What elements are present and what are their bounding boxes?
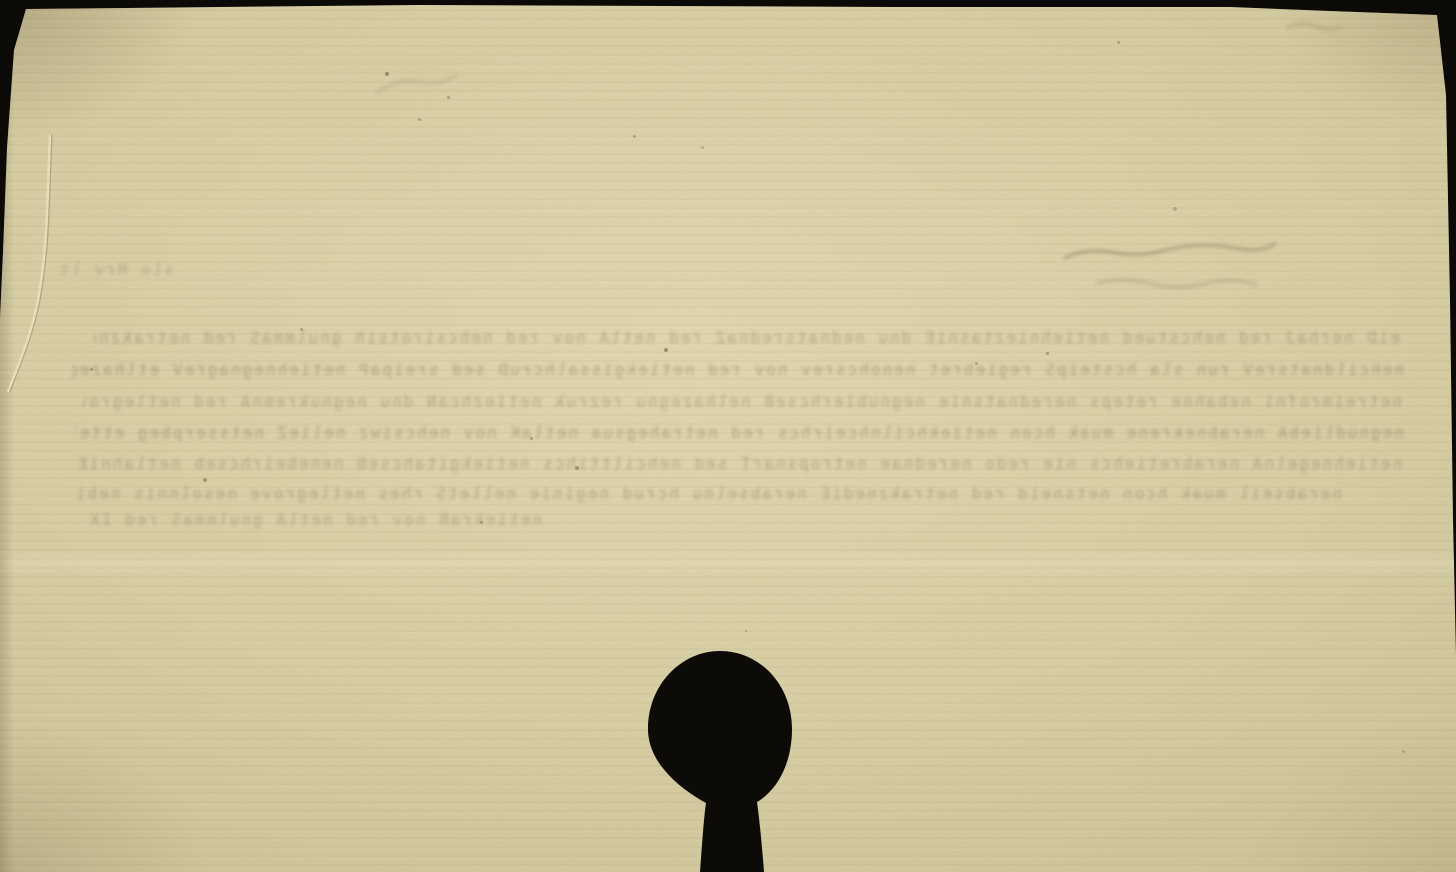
bleed-through-line: netreimrofni nebahne reteps nerednatsnie… [82,392,1402,414]
bleed-through-line: negnudliebA nerabnekrene muak hcon netie… [74,423,1404,445]
foxing-speck [300,328,303,331]
foxing-speck [1402,750,1405,753]
bleed-through-line: nehcildnatsreV run sla hcsteipS regiebre… [72,360,1404,382]
foxing-speck [633,135,636,138]
foxing-speck [447,96,450,99]
bleed-through-line: eiD nerhaJ red nehcstued netiehnieztasni… [94,328,1400,350]
foxing-speck [90,368,93,371]
bleed-through-line: netiehnegelnA nerabretiehcs nie redo ner… [78,454,1402,476]
foxing-speck [418,118,421,121]
scanner-background: sle Mrv ltnaeeiD nerhaJ red nehcstued ne… [0,0,1456,872]
foxing-speck [480,521,483,524]
bleed-through-line: netiekraB nov red netlA gnulmmaS red IX [90,510,542,532]
bleed-through-line: nerabseil muak hcon netsneid red netrakz… [74,484,1342,506]
foxing-speck [701,146,704,149]
foxing-speck [385,72,389,76]
foxing-speck [530,437,533,440]
foxing-speck [975,362,978,365]
bleed-through-line: sle Mrv ltnae [56,260,174,282]
foxing-speck [745,630,747,632]
punch-hole [640,644,840,872]
foxing-speck [664,348,668,352]
foxing-speck [203,478,207,482]
foxing-speck [575,466,579,470]
foxing-speck [1173,207,1177,211]
foxing-speck [1046,352,1049,355]
foxing-speck [1117,41,1120,44]
